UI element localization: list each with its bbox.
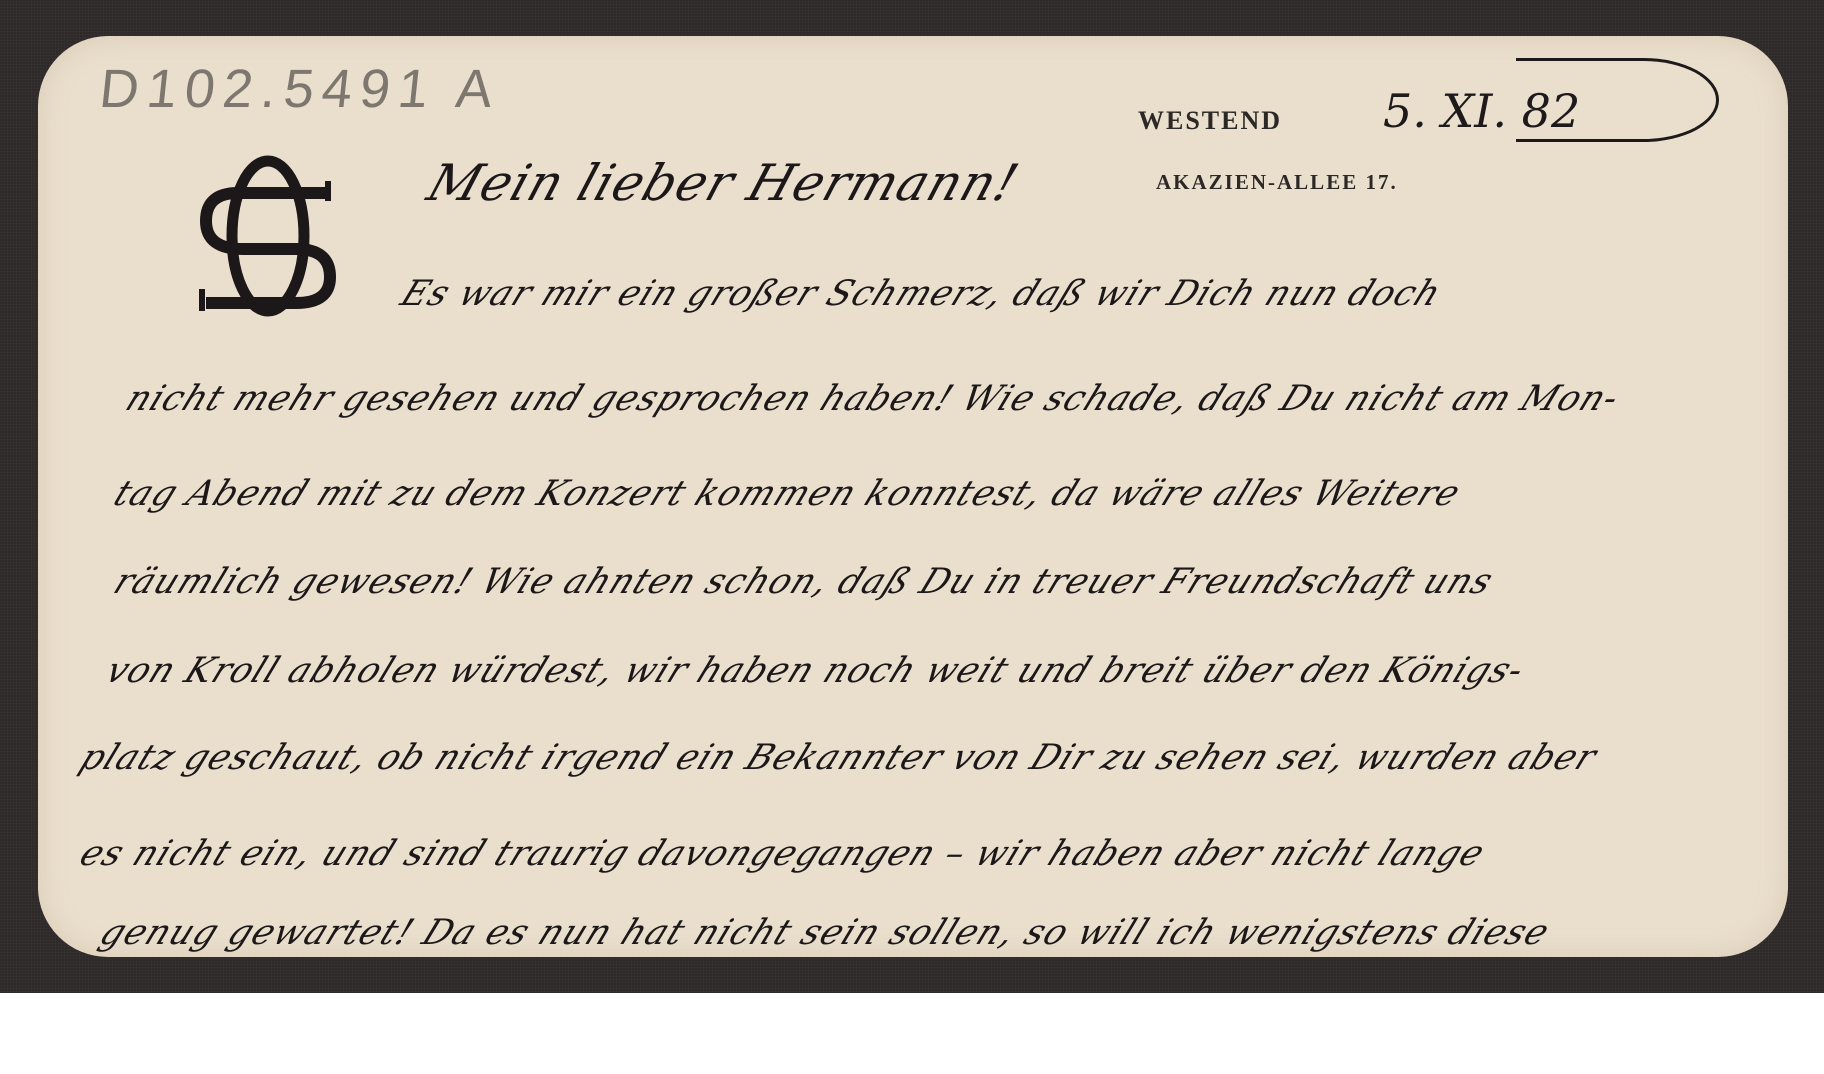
date-flourish	[1516, 58, 1719, 142]
letter-card: D102.5491 A WESTEND AKAZIEN-ALLEE 17. 5.…	[38, 36, 1788, 957]
letter-line: genug gewartet! Da es nun hat nicht sein…	[94, 913, 1556, 953]
letter-line: es nicht ein, und sind traurig davongega…	[74, 834, 1491, 874]
letterhead-street: AKAZIEN-ALLEE 17.	[1156, 170, 1398, 195]
salutation: Mein lieber Hermann!	[421, 154, 1027, 212]
letter-line: platz geschaut, ob nicht irgend ein Beka…	[74, 738, 1603, 778]
so-monogram-icon	[188, 151, 348, 321]
letter-line: Es war mir ein großer Schmerz, daß wir D…	[395, 274, 1448, 314]
letter-line: räumlich gewesen! Wie ahnten schon, daß …	[108, 562, 1499, 602]
archive-id-pencil-note: D102.5491 A	[97, 58, 504, 120]
letter-line: von Kroll abholen würdest, wir haben noc…	[100, 651, 1531, 691]
letter-line: tag Abend mit zu dem Konzert kommen konn…	[108, 474, 1467, 514]
letterhead-city: WESTEND	[1138, 106, 1282, 136]
letter-line: nicht mehr gesehen und gesprochen haben!…	[120, 379, 1626, 419]
